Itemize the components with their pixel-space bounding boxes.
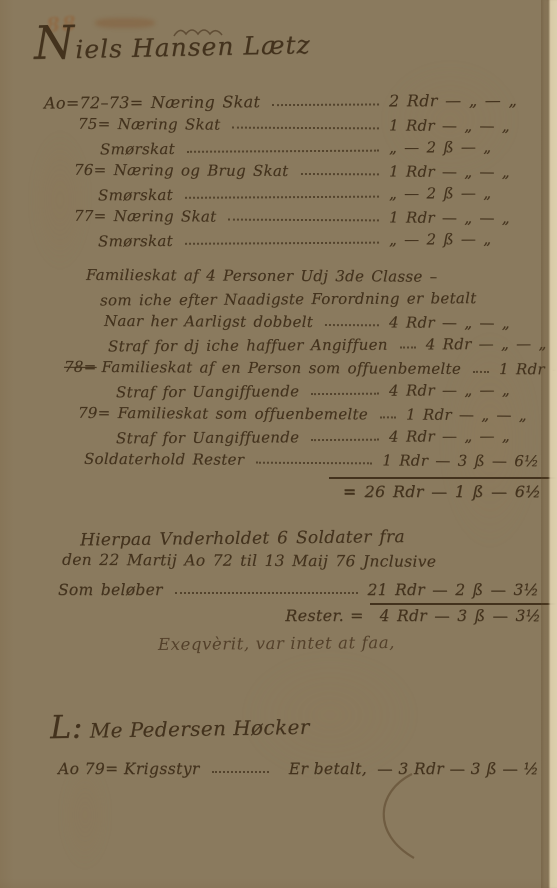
dot-leader [380,416,396,418]
ledger-row: Familieskat af 4 Personer Udj 3de Classe… [86,261,539,286]
dot-leader [400,346,416,348]
row-amount: 1 Rdr — 3 ß — 6½ [382,451,539,470]
summary-belober-label: Som beløber [58,581,163,599]
rester-equals-sign: = [350,606,364,625]
ledger: Ao=72–73= Næring Skat2 Rdr — „ — „ 75= N… [40,88,539,501]
signature-block: L: Me Pedersen Høcker Ao 79= Krigsstyr E… [50,704,539,778]
ledger-total-line: =26 Rdr — 1 ß — 6½ [40,477,539,501]
dot-leader [228,219,379,222]
row-label: 78=Familieskat af en Person som offuenbe… [64,358,461,378]
dot-leader [325,324,379,326]
row-label: Smørskat [98,232,173,250]
row-label: Soldaterhold Rester [84,450,244,469]
ledger-row: 77= Næring Skat1 Rdr — „ — „ [74,202,539,227]
rester-label: Rester. [285,606,344,625]
ledger-row: Smørskat„ — 2 ß — „ [100,133,539,159]
dot-leader [187,150,379,153]
page-edge-left [0,0,14,888]
page-edge-right [541,0,557,888]
dot-leader [300,173,378,175]
row-label: 77= Næring Skat [74,207,217,226]
rester-amount: 4 Rdr — 3 ß — 3½ [370,603,557,625]
ledger-row: 78=Familieskat af en Person som offuenbe… [64,353,539,378]
row-label: 79= Familieskat som offuenbemelte [78,404,368,424]
ledger-row: Straf for Uangiffuende4 Rdr — „ — „ [116,376,539,402]
row-amount: 4 Rdr — „ — „ [389,381,539,400]
ledger-row: Straf for Uangiffuende4 Rdr — „ — „ [116,422,539,448]
ledger-row: Naar her Aarligst dobbelt4 Rdr — „ — „ [104,307,539,332]
summary-block: Hierpaa Vnderholdet 6 Soldater fra den 2… [58,528,539,625]
dot-leader [256,462,372,465]
total-equals-sign: = [343,482,357,501]
summary-belober-amount: 21 Rdr — 2 ß — 3½ [368,581,540,599]
row-label: 76= Næring og Brug Skat [74,161,289,180]
summary-amount-row: Som beløber 21 Rdr — 2 ß — 3½ [58,575,539,599]
row-amount: 4 Rdr — „ — „ [389,427,539,446]
dot-leader [473,371,489,373]
ledger-row: Straf for dj iche haffuer Angiffuen4 Rdr… [108,330,539,356]
summary-line-1: Hierpaa Vnderholdet 6 Soldater fra [80,526,539,551]
manuscript-page: 88 Niels Hansen Lætz Ao=72–73= Næring Sk… [0,0,557,888]
row-label: 75= Næring Skat [78,115,221,134]
row-amount: „ — 2 ß — „ [389,138,539,157]
ledger-row: 76= Næring og Brug Skat1 Rdr — „ — „ [74,156,539,181]
dot-leader [185,242,379,245]
row-label: Familieskat af 4 Personer Udj 3de Classe… [86,266,438,286]
ledger-row: Soldaterhold Rester1 Rdr — 3 ß — 6½ [84,445,539,470]
struck-year: 78= [64,358,97,376]
dot-leader [232,127,379,130]
ledger-row: 75= Næring Skat1 Rdr — „ — „ [78,110,539,135]
signature-row: Ao 79= Krigsstyr Er betalt, — 3 Rdr — 3 … [50,754,539,778]
dot-leader [311,393,379,395]
row-label: Naar her Aarligst dobbelt [104,312,313,331]
total-amount: 26 Rdr — 1 ß — 6½ [365,482,541,501]
dot-leader [175,592,358,594]
summary-line-2: den 22 Martij Ao 72 til 13 Maij 76 Jnclu… [62,551,539,571]
ledger-row: 79= Familieskat som offuenbemelte1 Rdr —… [78,399,539,424]
ledger-row: som iche efter Naadigste Forordning er b… [100,284,539,310]
rester-row: Rester. = 4 Rdr — 3 ß — 3½ [58,603,539,625]
ink-smudge [95,18,155,28]
page-title: Niels Hansen Lætz [34,27,311,65]
ledger-row: Smørskat„ — 2 ß — „ [98,225,539,251]
ledger-total: =26 Rdr — 1 ß — 6½ [329,477,557,501]
page-edge-bottom [0,878,557,888]
paid-label: Er betalt, [289,760,367,778]
row-amount: „ — 2 ß — „ [389,184,539,203]
exequerit-note: Exeqvèrit, var intet at faa, [158,633,395,654]
signature-name: L: Me Pedersen Høcker [50,700,540,747]
dot-leader [185,196,379,199]
dot-leader [272,103,379,106]
dot-leader [212,771,269,773]
row-amount: 2 Rdr — „ — „ [389,90,539,110]
dot-leader [311,439,379,441]
ledger-row: Ao=72–73= Næring Skat2 Rdr — „ — „ [44,86,539,112]
row-amount: 4 Rdr — „ — „ [426,334,557,353]
krigsstyr-label: Ao 79= Krigsstyr [58,760,200,778]
row-label-text: Familieskat af en Person som offuenbemel… [102,358,462,378]
pen-flourish-icon [368,772,428,862]
ledger-row: Smørskat„ — 2 ß — „ [98,179,539,205]
row-amount: „ — 2 ß — „ [389,230,539,249]
